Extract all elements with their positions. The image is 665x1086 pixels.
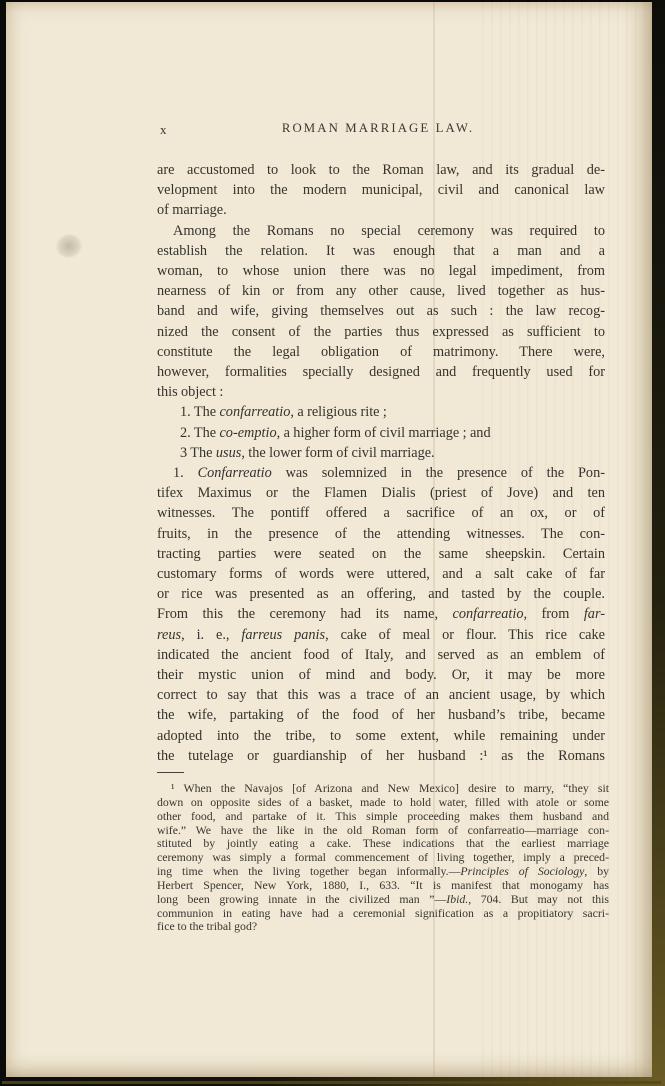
text-line: the wife, partaking of the food of her h… [157, 705, 605, 725]
scan-edge-right [652, 0, 665, 1086]
text-line: tifex Maximus or the Flamen Dialis (prie… [157, 483, 605, 503]
text-line: this object : [157, 382, 605, 402]
text-line: nized the consent of the parties thus ex… [157, 322, 605, 342]
text-line: are accustomed to look to the Roman law,… [157, 160, 605, 180]
text-line: however, formalities specially designed … [157, 362, 605, 382]
book-page: x ROMAN MARRIAGE LAW. are accustomed to … [6, 2, 652, 1077]
footnote-rule [157, 772, 184, 773]
footnote-line: ing time when the living together began … [157, 865, 609, 879]
text-line: fruits, in the presence of the attending… [157, 524, 605, 544]
footnote-line: ceremony was simply a formal commencemen… [157, 851, 609, 865]
footnote-line: communion in eating have had a ceremonia… [157, 907, 609, 921]
text-line: or rice was presented as an offering, an… [157, 584, 605, 604]
text-line: 3 The usus, the lower form of civil marr… [157, 443, 605, 463]
footnote-line: down on opposite sides of a basket, made… [157, 796, 609, 810]
paper-smudge [53, 231, 84, 261]
footnote: ¹ When the Navajos [of Arizona and New M… [157, 782, 609, 934]
footnote-line: ¹ When the Navajos [of Arizona and New M… [157, 782, 609, 796]
footnote-line: Herbert Spencer, New York, 1880, I., 633… [157, 879, 609, 893]
text-line: the tutelage or guardianship of her husb… [157, 746, 605, 766]
text-line: From this the ceremony had its name, con… [157, 604, 605, 624]
text-line: establish the relation. It was enough th… [157, 241, 605, 261]
text-line: velopment into the modern municipal, civ… [157, 180, 605, 200]
text-line: Among the Romans no special ceremony was… [157, 221, 605, 241]
scan-edge-bottom-line [2, 1081, 661, 1084]
text-line: indicated the ancient food of Italy, and… [157, 645, 605, 665]
text-line: reus, i. e., farreus panis, cake of meal… [157, 625, 605, 645]
page-header: x ROMAN MARRIAGE LAW. [157, 121, 605, 139]
text-line: customary forms of words were uttered, a… [157, 564, 605, 584]
text-line: correct to say that this was a trace of … [157, 685, 605, 705]
text-line: adopted into the tribe, to some extent, … [157, 726, 605, 746]
text-line: band and wife, giving themselves out as … [157, 301, 605, 321]
footnote-line: fice to the tribal god? [157, 920, 609, 934]
footnote-line: long been growing innate in the civilize… [157, 893, 609, 907]
text-line: 1. Confarreatio was solemnized in the pr… [157, 463, 605, 483]
text-line: witnesses. The pontiff offered a sacrifi… [157, 503, 605, 523]
scan-edge-bottom [0, 1076, 665, 1086]
footnote-line: wife.” We have the like in the old Roman… [157, 824, 609, 838]
text-line: woman, to whose union there was no legal… [157, 261, 605, 281]
book-scan-frame: x ROMAN MARRIAGE LAW. are accustomed to … [0, 0, 665, 1086]
footnote-line: stituted by jointly eating a cake. These… [157, 837, 609, 851]
footnote-line: other food, and partake of it. This simp… [157, 810, 609, 824]
text-line: 2. The co-emptio, a higher form of civil… [157, 423, 605, 443]
text-line: 1. The confarreatio, a religious rite ; [157, 402, 605, 422]
text-line: tracting parties were seated on the same… [157, 544, 605, 564]
text-line: their mystic union of mind and body. Or,… [157, 665, 605, 685]
running-title: ROMAN MARRIAGE LAW. [157, 121, 605, 136]
text-line: of marriage. [157, 200, 605, 220]
body-text: are accustomed to look to the Roman law,… [157, 160, 605, 766]
text-line: constitute the legal obligation of matri… [157, 342, 605, 362]
text-line: nearness of kin or from any other cause,… [157, 281, 605, 301]
